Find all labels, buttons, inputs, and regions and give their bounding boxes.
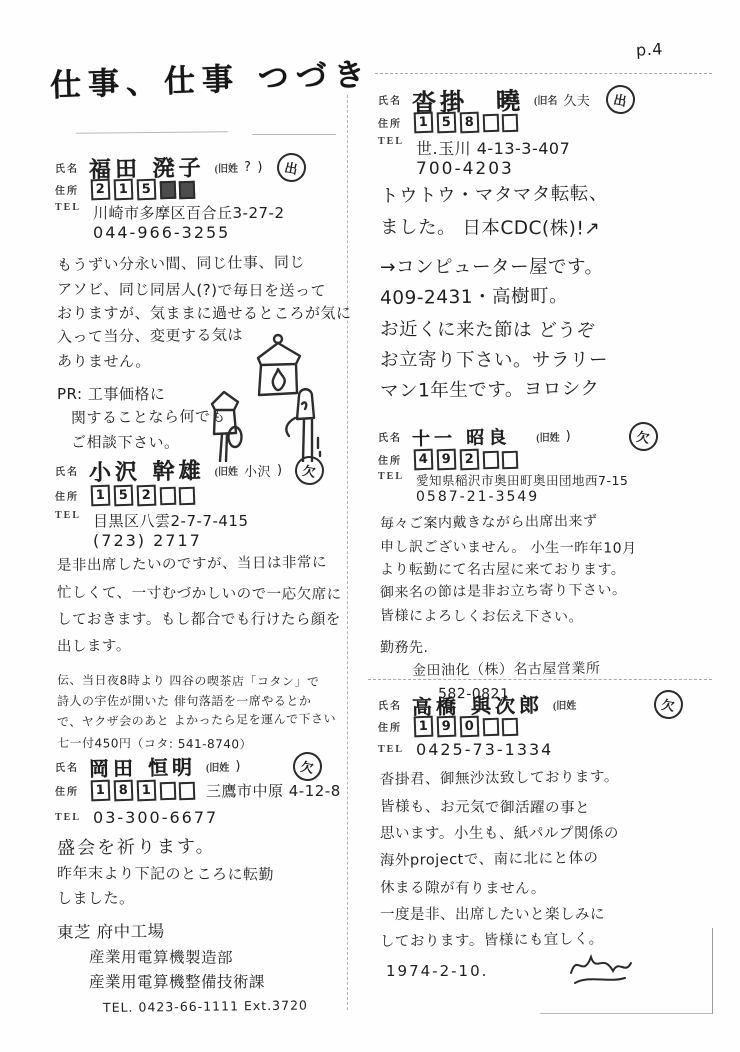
maiden-name-label: (旧名 (534, 92, 557, 107)
tel-label: TEL (378, 471, 404, 482)
maiden-name-label: (旧姓 (215, 463, 238, 478)
body-line: 409-2431・高樹町。 (380, 280, 608, 314)
tel-row: TEL 03-300-6677 (55, 808, 218, 827)
maiden-close-paren: ) (257, 160, 263, 175)
postal-box (160, 180, 177, 199)
postal-box: 2 (460, 449, 480, 471)
body-line: 産業用電算機整備技術課 (89, 970, 308, 995)
body-line: お立寄り下さい。サラリー (380, 345, 608, 376)
address-row: 住所 1 9 0 (378, 716, 521, 737)
tel-row: TEL 愛知県稲沢市奥田町奥田団地西7-15 0587-21-3549 (378, 471, 628, 505)
body-line: お近くに来た節は どうぞ (380, 314, 608, 347)
postal-box (502, 113, 519, 132)
message-body: 是非出席したいのですが、当日は非常に 忙しくて、一寸むづかしいので一応欠席に し… (57, 553, 342, 754)
body-line: 申し訳ございません。 小生一昨年10月 (380, 536, 637, 561)
body-line: 是非出席したいのですが、当日は非常に (57, 550, 342, 580)
tel-line: 044-966-3255 (93, 223, 285, 242)
postal-box: 9 (437, 716, 457, 738)
tel-row: TEL 目黒区八雲2-7-7-415 (723) 2717 (55, 510, 249, 550)
postal-box: 2 (91, 179, 111, 201)
maiden-name-value: 小沢 (244, 461, 271, 480)
scanned-page: 仕事、仕事 つづき p.4 氏名 福田 溌子 (旧姓 ? ) 出 住所 2 1 … (0, 0, 740, 1052)
body-line: 沓掛君、御無沙汰致しております。 (380, 764, 619, 794)
tel-row: TEL 世.玉川 4-13-3-407 700-4203 (378, 136, 570, 179)
postal-box: 2 (137, 485, 157, 507)
postal-box: 5 (114, 485, 134, 507)
name-row: 氏名 十一 昭良 (旧姓 ) 欠 (378, 422, 658, 451)
attendance-mark: 欠 (291, 750, 325, 784)
body-line: マン1年生です。ヨロシク (380, 373, 608, 407)
street-lamp-doodle-icon (198, 330, 340, 462)
body-line: 皆様によろしくお伝え下さい。 (380, 605, 637, 630)
name-label: 氏名 (55, 759, 79, 774)
tel-line: 700-4203 (416, 159, 570, 179)
postal-box (483, 450, 500, 469)
name-row: 氏名 小沢 幹雄 (旧姓 小沢 ) 欠 (55, 455, 324, 486)
name-label: 氏名 (55, 160, 79, 175)
postal-box: 1 (91, 780, 111, 802)
address-label: 住所 (55, 488, 79, 503)
body-line: 勤務先. (380, 637, 637, 660)
postal-code-boxes: 1 8 1 (91, 780, 198, 801)
message-body: 盛会を祈ります。 昨年末より下記のところに転勤 しました。 東芝 府中工場 産業… (57, 836, 308, 1020)
name-label: 氏名 (378, 92, 402, 107)
tel-line: 0425-73-1334 (416, 740, 553, 759)
attendance-mark: 欠 (292, 454, 326, 488)
name-row: 氏名 岡田 恒明 (旧姓 ) 欠 (55, 752, 322, 781)
attendance-mark: 出 (275, 151, 309, 185)
body-line: 海外projectで、南に北にと体の (380, 845, 619, 875)
postal-code-boxes: 1 5 2 (91, 485, 198, 506)
postal-box (483, 113, 500, 132)
body-line: しておきます。もし都合でも行けたら顔を (57, 607, 342, 634)
page-number: p.4 (636, 39, 664, 59)
tel-label: TEL (55, 812, 81, 823)
body-line: 金田油化（株）名古屋営業所 (412, 657, 637, 683)
body-line: 毎々ご案内戴きながら出席出来ず (380, 510, 637, 536)
postal-code-boxes: 1 5 8 (414, 112, 521, 133)
message-body: 沓掛君、御無沙汰致しております。 皆様も、お元気で御活躍の事と 思います。小生も… (380, 767, 619, 956)
body-line: TEL. 0423-66-1111 Ext.3720 (103, 992, 308, 1020)
name-value: 十一 昭良 (412, 423, 511, 451)
corner-line (540, 1013, 712, 1014)
tel-line: 目黒区八雲2-7-7-415 (93, 510, 249, 531)
title-underline (76, 131, 228, 134)
body-line: 忙しくて、一寸むづかしいので一応欠席に (57, 580, 342, 609)
message-body: トウトウ・マタマタ転転、 ました。 日本CDC(株)!↗ →コンピューター屋です… (380, 181, 608, 407)
name-value: 岡田 恒明 (89, 751, 196, 782)
postal-box: 8 (114, 780, 134, 802)
tel-label: TEL (378, 744, 404, 755)
tel-label: TEL (378, 136, 404, 147)
maiden-name-value: 久夫 (563, 90, 590, 109)
body-line: 出します。 (57, 631, 342, 661)
postal-box: 1 (414, 716, 434, 738)
body-line: 思います。小生も、紙パルプ関係の (380, 821, 619, 848)
postal-box: 5 (437, 112, 457, 134)
page-title: 仕事、仕事 つづき (49, 49, 372, 105)
body-line: トウトウ・マタマタ転転、 (380, 178, 608, 212)
tel-row: TEL 0425-73-1334 (378, 740, 553, 759)
postal-box (502, 717, 519, 736)
tel-line: 03-300-6677 (93, 808, 218, 827)
postal-code-boxes: 2 1 5 (91, 179, 198, 200)
address-label: 住所 (378, 719, 402, 734)
postal-box (179, 180, 196, 199)
tel-row: TEL 川崎市多摩区百合丘3-27-2 044-966-3255 (55, 202, 285, 242)
address-label: 住所 (378, 115, 402, 130)
maiden-name-label: (旧姓 (206, 759, 229, 774)
postal-box: 9 (437, 449, 457, 471)
body-line: →コンピューター屋です。 (380, 252, 608, 283)
postal-box (502, 450, 519, 469)
name-label: 氏名 (55, 463, 79, 478)
card-divider (375, 73, 712, 74)
address-row: 住所 4 9 2 (378, 449, 521, 470)
maiden-close-paren: ) (235, 759, 241, 774)
postal-box: 4 (414, 449, 434, 471)
postal-box (160, 781, 177, 800)
address-row: 住所 1 5 2 (55, 485, 198, 506)
maiden-name-value: ? (244, 160, 251, 175)
message-body: 毎々ご案内戴きながら出席出来ず 申し訳ございません。 小生一昨年10月 より転勤… (380, 513, 637, 706)
corner-line (712, 928, 713, 1014)
title-underline (252, 134, 336, 135)
name-value: 小沢 幹雄 (89, 454, 205, 487)
postal-box (179, 781, 196, 800)
body-line: もうずい分永い間、同じ仕事、同じ (57, 249, 352, 277)
postal-code-boxes: 1 9 0 (414, 716, 521, 737)
tel-line: 0587-21-3549 (416, 489, 628, 505)
name-row: 氏名 高橋 與次郎 (旧姓 欠 (378, 690, 683, 719)
tel-line: 世.玉川 4-13-3-407 (416, 136, 570, 159)
tel-line: 愛知県稲沢市奥田町奥田団地西7-15 (416, 471, 628, 489)
postal-box: 5 (137, 179, 157, 201)
body-line: しました。 (57, 886, 308, 911)
body-line: 休まる隙が有りません。 (380, 875, 619, 904)
postal-code-boxes: 4 9 2 (414, 449, 521, 470)
body-line: 昨年末より下記のところに転勤 (57, 861, 308, 888)
body-line: 産業用電算機製造部 (89, 945, 308, 972)
attendance-mark: 欠 (652, 688, 686, 722)
address-label: 住所 (378, 452, 402, 467)
address-row: 住所 2 1 5 (55, 179, 198, 200)
postal-box: 0 (460, 716, 480, 738)
postal-box (160, 486, 177, 505)
tel-label: TEL (55, 202, 81, 213)
attendance-mark: 欠 (627, 420, 661, 454)
maiden-name-label: (旧姓 (536, 429, 559, 444)
address-row: 住所 1 8 1 三鷹市中原 4-12-8 (55, 780, 341, 801)
body-line: 伝、当日夜8時より 四谷の喫茶店「コタン」で (57, 670, 342, 693)
body-line: で、ヤクザ会のあと よかったら足を運んで下さい (57, 709, 342, 733)
body-line: 御来名の節は是非お立ち寄り下さい。 (380, 579, 637, 605)
postal-box: 1 (137, 780, 157, 802)
body-line: 東芝 府中工場 (57, 917, 308, 945)
column-divider (347, 95, 348, 1010)
body-line: 一度是非、出席したいと楽しみに (380, 902, 619, 929)
name-label: 氏名 (378, 429, 402, 444)
date-line: 1974-2-10. (386, 962, 488, 980)
tel-label: TEL (55, 510, 81, 521)
maiden-close-paren: ) (566, 429, 572, 444)
address-label: 住所 (55, 182, 79, 197)
maiden-name-label: (旧姓 (215, 160, 238, 175)
address-label: 住所 (55, 783, 79, 798)
maiden-close-paren: ) (277, 463, 283, 478)
body-line: アソビ、同じ同居人(?)で毎日を送って (57, 277, 352, 303)
tel-line: 川崎市多摩区百合丘3-27-2 (93, 202, 285, 223)
maiden-name-label: (旧姓 (553, 697, 576, 712)
postal-box: 1 (91, 485, 111, 507)
postal-box (179, 486, 196, 505)
body-line: ました。 日本CDC(株)!↗ (380, 212, 608, 245)
postal-box: 8 (460, 112, 480, 134)
postal-box: 1 (414, 112, 434, 134)
address-row: 住所 1 5 8 (378, 112, 521, 133)
tel-line: (723) 2717 (93, 531, 249, 550)
body-line: 皆様も、お元気で御活躍の事と (380, 794, 619, 823)
signature-scribble (563, 945, 638, 990)
postal-box: 1 (114, 179, 134, 201)
attendance-mark: 出 (604, 83, 638, 117)
address-value: 三鷹市中原 4-12-8 (206, 780, 341, 801)
postal-box (483, 717, 500, 736)
name-label: 氏名 (378, 697, 402, 712)
body-line: 盛会を祈ります。 (57, 833, 308, 861)
